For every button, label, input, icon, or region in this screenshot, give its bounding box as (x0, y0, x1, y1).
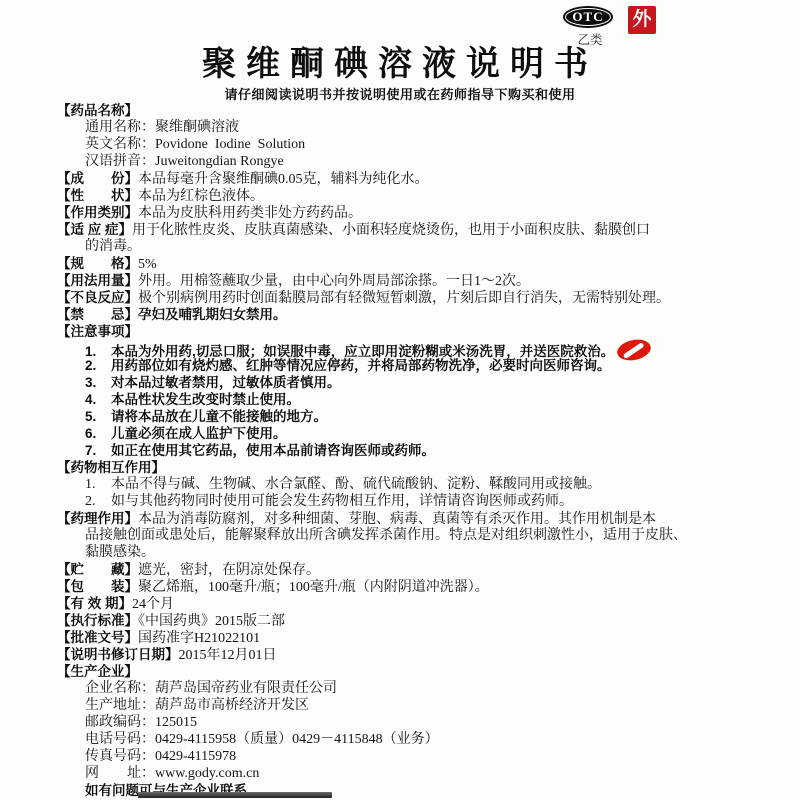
section-label: 【贮 藏】 (57, 562, 138, 577)
manufacturer-row: 网 址：www.gody.com.cn (57, 765, 747, 782)
section-label: 【批准文号】 (57, 630, 138, 645)
section-dosage: 【用法用量】外用。用棉签蘸取少量，由中心向外周局部涂搽。一日1～2次。 (57, 272, 747, 289)
section-validity: 【有 效 期】24个月 (57, 595, 747, 612)
section-composition: 【成 份】本品每毫升含聚维酮碘0.05克，辅料为纯化水。 (57, 170, 747, 187)
section-standard: 【执行标准】《中国药典》2015版二部 (57, 612, 747, 629)
otc-badge: OTC (563, 6, 613, 28)
section-pharmacology-cont: 黏膜感染。 (57, 544, 747, 561)
section-packaging: 【包 装】聚乙烯瓶，100毫升/瓶；100毫升/瓶（内附阴道冲洗器）。 (57, 578, 747, 595)
manufacturer-row: 生产地址：葫芦岛市高桥经济开发区 (57, 697, 747, 714)
section-adverse-reactions: 【不良反应】极个别病例用药时创面黏膜局部有轻微短暂刺激，片刻后即自行消失，无需特… (57, 289, 747, 306)
section-label: 【规 格】 (57, 256, 138, 271)
section-drug-name: 【药品名称】 (57, 102, 747, 119)
section-label: 【药物相互作用】 (57, 460, 165, 475)
section-label: 【不良反应】 (57, 290, 138, 305)
line-pinyin-name: 汉语拼音：Juweitongdian Rongye (57, 153, 747, 170)
section-pharmacology-cont: 品接触创面或患处后，能解聚释放出所含碘发挥杀菌作用。特点是对组织刺激性小，适用于… (57, 527, 747, 544)
section-strength: 【规 格】5% (57, 255, 747, 272)
interaction-item: 1.本品不得与碱、生物碱、水合氯醛、酚、硫代硫酸钠、淀粉、鞣酸同用或接触。 (57, 476, 747, 493)
leaflet-body: 【药品名称】 通用名称：聚维酮碘溶液 英文名称：Povidone Iodine … (57, 102, 747, 799)
section-revision-date: 【说明书修订日期】2015年12月01日 (57, 646, 747, 663)
otc-badge-label: OTC (572, 9, 603, 24)
line-english-name: 英文名称：Povidone Iodine Solution (57, 136, 747, 153)
manufacturer-row: 电话号码：0429-4115958（质量）0429－4115848（业务） (57, 731, 747, 748)
precaution-item: 2.用药部位如有烧灼感、红肿等情况应停药，并将局部药物洗净，必要时向医师咨询。 (57, 357, 747, 374)
section-pharmacology: 【药理作用】本品为消毒防腐剂，对多种细菌、芽胞、病毒、真菌等有杀灭作用。其作用机… (57, 510, 747, 527)
precaution-item: 5.请将本品放在儿童不能接触的地方。 (57, 408, 747, 425)
interaction-item: 2.如与其他药物同时使用可能会发生药物相互作用，详情请咨询医师或药师。 (57, 493, 747, 510)
manufacturer-row: 传真号码：0429-4115978 (57, 748, 747, 765)
section-label: 【药理作用】 (57, 511, 138, 526)
section-label: 【说明书修订日期】 (57, 647, 179, 662)
section-approval-number: 【批准文号】国药准字H21022101 (57, 629, 747, 646)
section-label: 【生产企业】 (57, 664, 138, 679)
section-label: 【有 效 期】 (57, 596, 132, 611)
section-contraindication: 【禁 忌】孕妇及哺乳期妇女禁用。 (57, 306, 747, 323)
section-label: 【执行标准】 (57, 613, 138, 628)
section-interactions: 【药物相互作用】 (57, 459, 747, 476)
section-character: 【性 状】本品为红棕色液体。 (57, 187, 747, 204)
precaution-item: 3.对本品过敏者禁用，过敏体质者慎用。 (57, 374, 747, 391)
external-use-badge: 外 (628, 6, 656, 34)
manufacturer-row: 企业名称：葫芦岛国帝药业有限责任公司 (57, 680, 747, 697)
section-label: 【作用类别】 (57, 205, 138, 220)
section-storage: 【贮 藏】遮光，密封，在阴凉处保存。 (57, 561, 747, 578)
section-label: 【注意事项】 (57, 324, 138, 339)
section-label: 【性 状】 (57, 188, 138, 203)
precaution-item: 7.如正在使用其它药品，使用本品前请咨询医师或药师。 (57, 442, 747, 459)
manufacturer-row: 邮政编码：125015 (57, 714, 747, 731)
section-label: 【成 份】 (57, 171, 138, 186)
page-edge-mark (138, 792, 332, 798)
section-label: 【适 应 症】 (57, 222, 132, 237)
precaution-item: 6.儿童必须在成人监护下使用。 (57, 425, 747, 442)
section-category: 【作用类别】本品为皮肤科用药类非处方药药品。 (57, 204, 747, 221)
precaution-item: 4.本品性状发生改变时禁止使用。 (57, 391, 747, 408)
section-label: 【禁 忌】 (57, 307, 138, 322)
section-indications: 【适 应 症】用于化脓性皮炎、皮肤真菌感染、小面积轻度烧烫伤，也用于小面积皮肤、… (57, 221, 747, 238)
section-manufacturer: 【生产企业】 (57, 663, 747, 680)
precaution-item: 1.本品为外用药,切忌口服；如误服中毒，应立即用淀粉糊或米汤洗胃，并送医院救治。 (57, 340, 747, 357)
section-precautions: 【注意事项】 (57, 323, 747, 340)
section-label: 【药品名称】 (57, 103, 138, 118)
page-subtitle: 请仔细阅读说明书并按说明使用或在药师指导下购买和使用 (0, 84, 800, 103)
section-label: 【包 装】 (57, 579, 138, 594)
page-title: 聚维酮碘溶液说明书 (0, 36, 800, 85)
line-generic-name: 通用名称：聚维酮碘溶液 (57, 119, 747, 136)
leaflet-page: OTC 乙类 外 聚维酮碘溶液说明书 请仔细阅读说明书并按说明使用或在药师指导下… (0, 0, 800, 800)
section-indications-cont: 的消毒。 (57, 238, 747, 255)
section-label: 【用法用量】 (57, 273, 138, 288)
